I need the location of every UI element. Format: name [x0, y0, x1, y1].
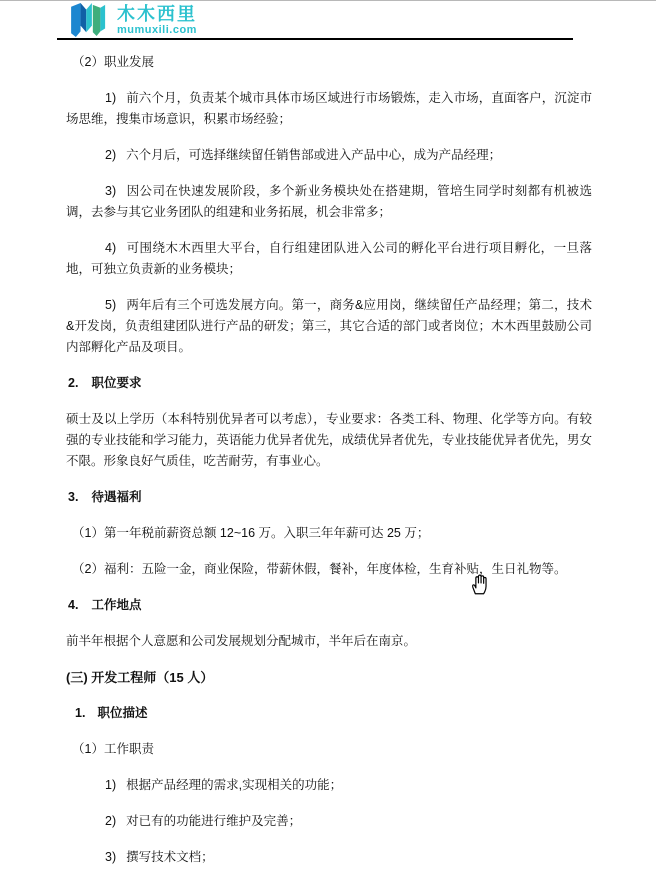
list-item: 3)因公司在快速发展阶段，多个新业务模块处在搭建期，管培生同学时刻都有机被选调，…: [66, 181, 592, 223]
brand-domain: mumuxili.com: [117, 25, 197, 36]
list-text: 两年后有三个可选发展方向。第一，商务&应用岗，继续留任产品经理；第二，技术&开发…: [66, 298, 592, 354]
list-text: 可围绕木木西里大平台，自行组建团队进入公司的孵化平台进行项目孵化，一旦落地，可独…: [66, 241, 592, 276]
list-item: 1)根据产品经理的需求,实现相关的功能；: [66, 775, 592, 796]
sub-heading-duties: （1）工作职责: [72, 739, 592, 760]
brand-logo: 木木西里 mumuxili.com: [70, 3, 197, 37]
list-number: 4): [105, 241, 126, 255]
paragraph-salary: （1）第一年税前薪资总额 12~16 万。入职三年年薪可达 25 万；: [72, 523, 592, 544]
list-number: 3): [105, 850, 126, 864]
list-number: 2): [105, 814, 126, 828]
section-heading-requirements: 2.职位要求: [68, 373, 592, 394]
list-text: 撰写技术文档；: [126, 850, 214, 864]
section-heading-description: 1.职位描述: [75, 703, 592, 724]
document-header: 木木西里 mumuxili.com: [0, 0, 656, 39]
list-text: 六个月后，可选择继续留任销售部或进入产品中心，成为产品经理；: [126, 148, 501, 162]
heading-number: 4.: [68, 598, 91, 612]
heading-text: 职位要求: [91, 376, 141, 390]
header-divider: [57, 38, 573, 40]
list-number: 3): [105, 184, 126, 198]
list-text: 前六个月，负责某个城市具体市场区域进行市场锻炼，走入市场，直面客户，沉淀市场思维…: [66, 91, 592, 126]
list-text: 对已有的功能进行维护及完善；: [126, 814, 301, 828]
list-number: 1): [105, 91, 126, 105]
sub-heading: （2）职业发展: [72, 52, 592, 73]
heading-text: 工作地点: [91, 598, 141, 612]
list-item: 2)六个月后，可选择继续留任销售部或进入产品中心，成为产品经理；: [66, 145, 592, 166]
heading-number: 3.: [68, 490, 91, 504]
list-text: 根据产品经理的需求,实现相关的功能；: [126, 778, 342, 792]
list-text: 因公司在快速发展阶段，多个新业务模块处在搭建期，管培生同学时刻都有机被选调，去参…: [66, 184, 592, 219]
list-item: 5)两年后有三个可选发展方向。第一，商务&应用岗，继续留任产品经理；第二，技术&…: [66, 295, 592, 358]
document-body: （2）职业发展 1)前六个月，负责某个城市具体市场区域进行市场锻炼，走入市场，直…: [0, 39, 656, 868]
list-item: 3)撰写技术文档；: [66, 847, 592, 868]
section-heading-benefits: 3.待遇福利: [68, 487, 592, 508]
list-item: 4)可围绕木木西里大平台，自行组建团队进入公司的孵化平台进行项目孵化，一旦落地，…: [66, 238, 592, 280]
section-heading-location: 4.工作地点: [68, 595, 592, 616]
paragraph-welfare: （2）福利：五险一金，商业保险，带薪休假，餐补，年度体检，生育补贴，生日礼物等。: [72, 559, 592, 580]
chapter-heading-developer: (三) 开发工程师（15 人）: [66, 667, 592, 688]
list-number: 1): [105, 778, 126, 792]
heading-text: 职位描述: [97, 706, 147, 720]
heading-text: 待遇福利: [91, 490, 141, 504]
brand-name: 木木西里: [117, 5, 197, 23]
heading-number: 2.: [68, 376, 91, 390]
list-number: 5): [105, 298, 126, 312]
list-item: 2)对已有的功能进行维护及完善；: [66, 811, 592, 832]
paragraph: 硕士及以上学历（本科特别优异者可以考虑），专业要求：各类工科、物理、化学等方向。…: [66, 409, 592, 472]
m-ribbon-logo-icon: [70, 3, 110, 37]
heading-number: 1.: [75, 706, 97, 720]
list-number: 2): [105, 148, 126, 162]
list-item: 1)前六个月，负责某个城市具体市场区域进行市场锻炼，走入市场，直面客户，沉淀市场…: [66, 88, 592, 130]
paragraph-location: 前半年根据个人意愿和公司发展规划分配城市，半年后在南京。: [66, 631, 592, 652]
